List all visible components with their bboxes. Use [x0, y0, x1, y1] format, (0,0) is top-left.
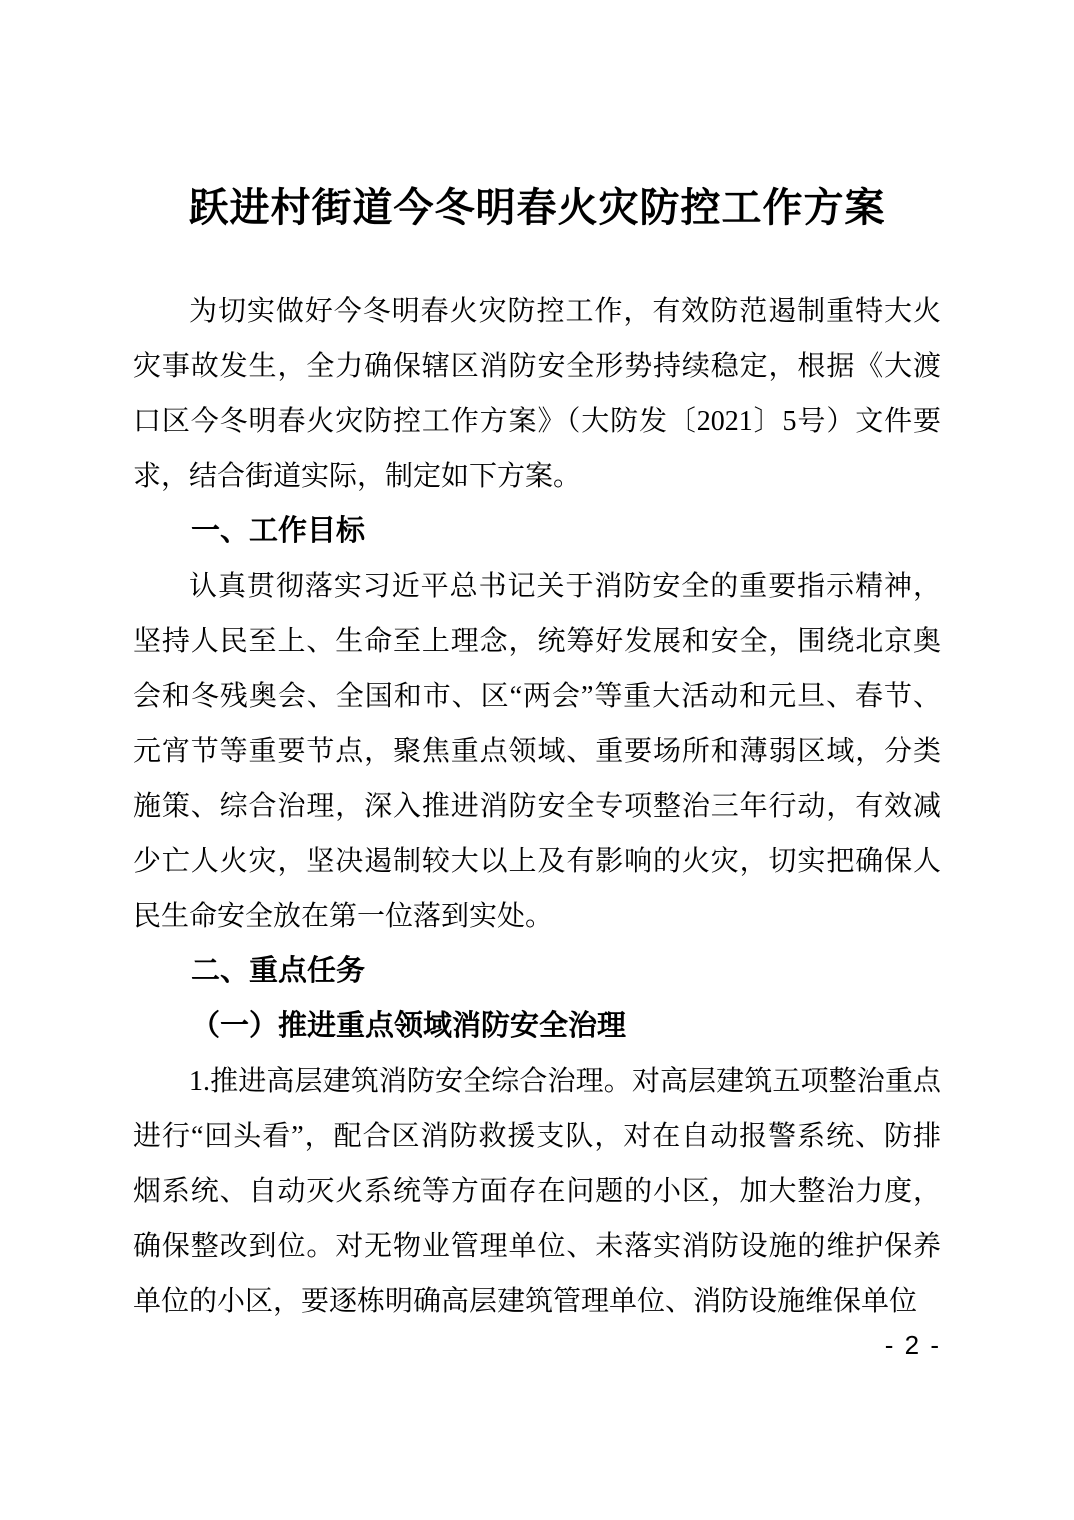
- document-content: 跃进村街道今冬明春火灾防控工作方案 为切实做好今冬明春火灾防控工作，有效防范遏制…: [133, 183, 941, 1329]
- document-title: 跃进村街道今冬明春火灾防控工作方案: [133, 183, 941, 233]
- subsection-heading-key-areas: （一）推进重点领域消防安全治理: [133, 999, 941, 1054]
- section-heading-key-tasks: 二、重点任务: [133, 944, 941, 999]
- document-page: 跃进村街道今冬明春火灾防控工作方案 为切实做好今冬明春火灾防控工作，有效防范遏制…: [0, 0, 1074, 1520]
- task-paragraph-highrise: 1.推进高层建筑消防安全综合治理。对高层建筑五项整治重点进行“回头看”，配合区消…: [133, 1054, 941, 1329]
- section-heading-work-goals: 一、工作目标: [133, 504, 941, 559]
- page-number: - 2 -: [885, 1330, 941, 1360]
- goals-paragraph: 认真贯彻落实习近平总书记关于消防安全的重要指示精神，坚持人民至上、生命至上理念，…: [133, 559, 941, 944]
- intro-paragraph: 为切实做好今冬明春火灾防控工作，有效防范遏制重特大火灾事故发生，全力确保辖区消防…: [133, 284, 941, 504]
